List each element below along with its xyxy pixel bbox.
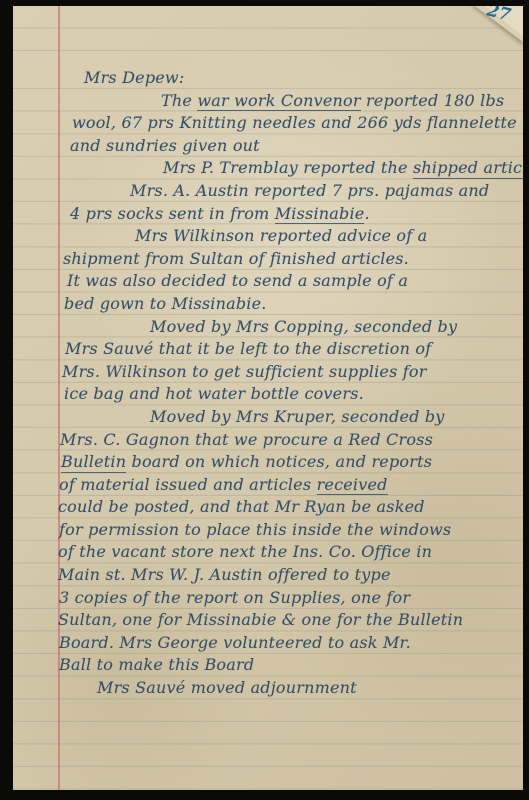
text-segment: of the vacant store next the Ins. Co. Of… — [58, 542, 432, 561]
underlined-phrase: war work Convenor — [197, 91, 360, 112]
text-segment: Mrs Wilkinson reported advice of a — [135, 226, 427, 245]
handwritten-line: Moved by Mrs Copping, seconded by — [13, 316, 518, 339]
handwritten-line: could be posted, and that Mr Ryan be ask… — [13, 496, 518, 519]
ledger-paper: Mrs Depew:The war work Convenor reported… — [13, 6, 523, 790]
text-segment: It was also decided to send a sample of … — [67, 271, 408, 290]
underlined-phrase: Missinabie — [275, 204, 365, 225]
handwritten-line: shipment from Sultan of finished article… — [13, 248, 518, 271]
handwritten-line: and sundries given out — [13, 135, 518, 158]
text-segment: of material issued and articles — [59, 475, 317, 494]
text-segment: Ball to make this Board — [59, 655, 254, 674]
handwritten-line: Mrs Wilkinson reported advice of a — [13, 225, 518, 248]
handwritten-line: The war work Convenor reported 180 lbs — [13, 90, 518, 113]
underlined-phrase: received — [317, 475, 388, 496]
text-segment: Moved by Mrs Kruper, seconded by — [150, 407, 445, 426]
text-segment: ice bag and hot water bottle covers. — [64, 384, 364, 403]
handwritten-line: ice bag and hot water bottle covers. — [13, 383, 518, 406]
handwritten-line: Main st. Mrs W. J. Austin offered to typ… — [13, 564, 518, 587]
handwritten-line: Ball to make this Board — [13, 654, 518, 677]
text-segment: reported 180 lbs — [361, 91, 505, 110]
handwritten-line: wool, 67 prs Knitting needles and 266 yd… — [13, 112, 518, 135]
text-segment: 4 prs socks sent in from — [70, 204, 275, 223]
text-segment: Board. Mrs George volunteered to ask Mr. — [59, 633, 411, 652]
underlined-phrase: shipped articles — [413, 158, 523, 179]
handwritten-line: of material issued and articles received — [13, 474, 518, 497]
text-segment: and sundries given out — [70, 136, 260, 155]
handwritten-line: Moved by Mrs Kruper, seconded by — [13, 406, 518, 429]
text-segment: Mrs. A. Austin reported 7 prs. pajamas a… — [130, 181, 489, 200]
text-segment: bed gown to Missinabie. — [64, 294, 267, 313]
handwritten-line: Sultan, one for Missinabie & one for the… — [13, 609, 518, 632]
text-segment: Mrs Sauvé moved adjournment — [97, 678, 357, 697]
handwritten-line: of the vacant store next the Ins. Co. Of… — [13, 541, 518, 564]
text-segment: 3 copies of the report on Supplies, one … — [59, 588, 410, 607]
handwritten-line: Board. Mrs George volunteered to ask Mr. — [13, 632, 518, 655]
handwritten-line: Mrs Sauvé that it be left to the discret… — [13, 338, 518, 361]
text-segment: Mrs Depew: — [84, 68, 184, 87]
scanned-page-frame: Mrs Depew:The war work Convenor reported… — [0, 0, 529, 800]
text-segment: Main st. Mrs W. J. Austin offered to typ… — [58, 565, 391, 584]
text-segment: could be posted, and that Mr Ryan be ask… — [58, 497, 425, 516]
text-segment: Mrs. C. Gagnon that we procure a Red Cro… — [60, 430, 433, 449]
text-segment: Sultan, one for Missinabie & one for the… — [58, 610, 463, 629]
handwriting-lines: Mrs Depew:The war work Convenor reported… — [13, 67, 518, 700]
handwritten-line: Bulletin board on which notices, and rep… — [13, 451, 518, 474]
underlined-phrase: Bulletin — [61, 452, 126, 473]
handwritten-line: It was also decided to send a sample of … — [13, 270, 518, 293]
handwritten-line: 3 copies of the report on Supplies, one … — [13, 587, 518, 610]
handwritten-line: Mrs. A. Austin reported 7 prs. pajamas a… — [13, 180, 518, 203]
handwritten-line: 4 prs socks sent in from Missinabie. — [13, 203, 518, 226]
handwritten-line: Mrs Sauvé moved adjournment — [13, 677, 518, 700]
handwritten-line: Mrs Depew: — [13, 67, 518, 90]
text-segment: The — [161, 91, 197, 110]
handwritten-line: Mrs. C. Gagnon that we procure a Red Cro… — [13, 429, 518, 452]
text-segment: shipment from Sultan of finished article… — [63, 249, 409, 268]
handwritten-line: Mrs. Wilkinson to get sufficient supplie… — [13, 361, 518, 384]
text-segment: for permission to place this inside the … — [59, 520, 451, 539]
text-segment: Mrs P. Tremblay reported the — [163, 158, 413, 177]
text-segment: Mrs. Wilkinson to get sufficient supplie… — [62, 362, 427, 381]
text-segment: Mrs Sauvé that it be left to the discret… — [65, 339, 431, 358]
handwritten-line: Mrs P. Tremblay reported the shipped art… — [13, 157, 518, 180]
text-segment: Moved by Mrs Copping, seconded by — [150, 317, 457, 336]
text-segment: board on which notices, and reports — [126, 452, 432, 471]
text-segment: . — [364, 204, 369, 223]
handwritten-line: bed gown to Missinabie. — [13, 293, 518, 316]
text-segment: wool, 67 prs Knitting needles and 266 yd… — [72, 113, 517, 132]
handwritten-line: for permission to place this inside the … — [13, 519, 518, 542]
